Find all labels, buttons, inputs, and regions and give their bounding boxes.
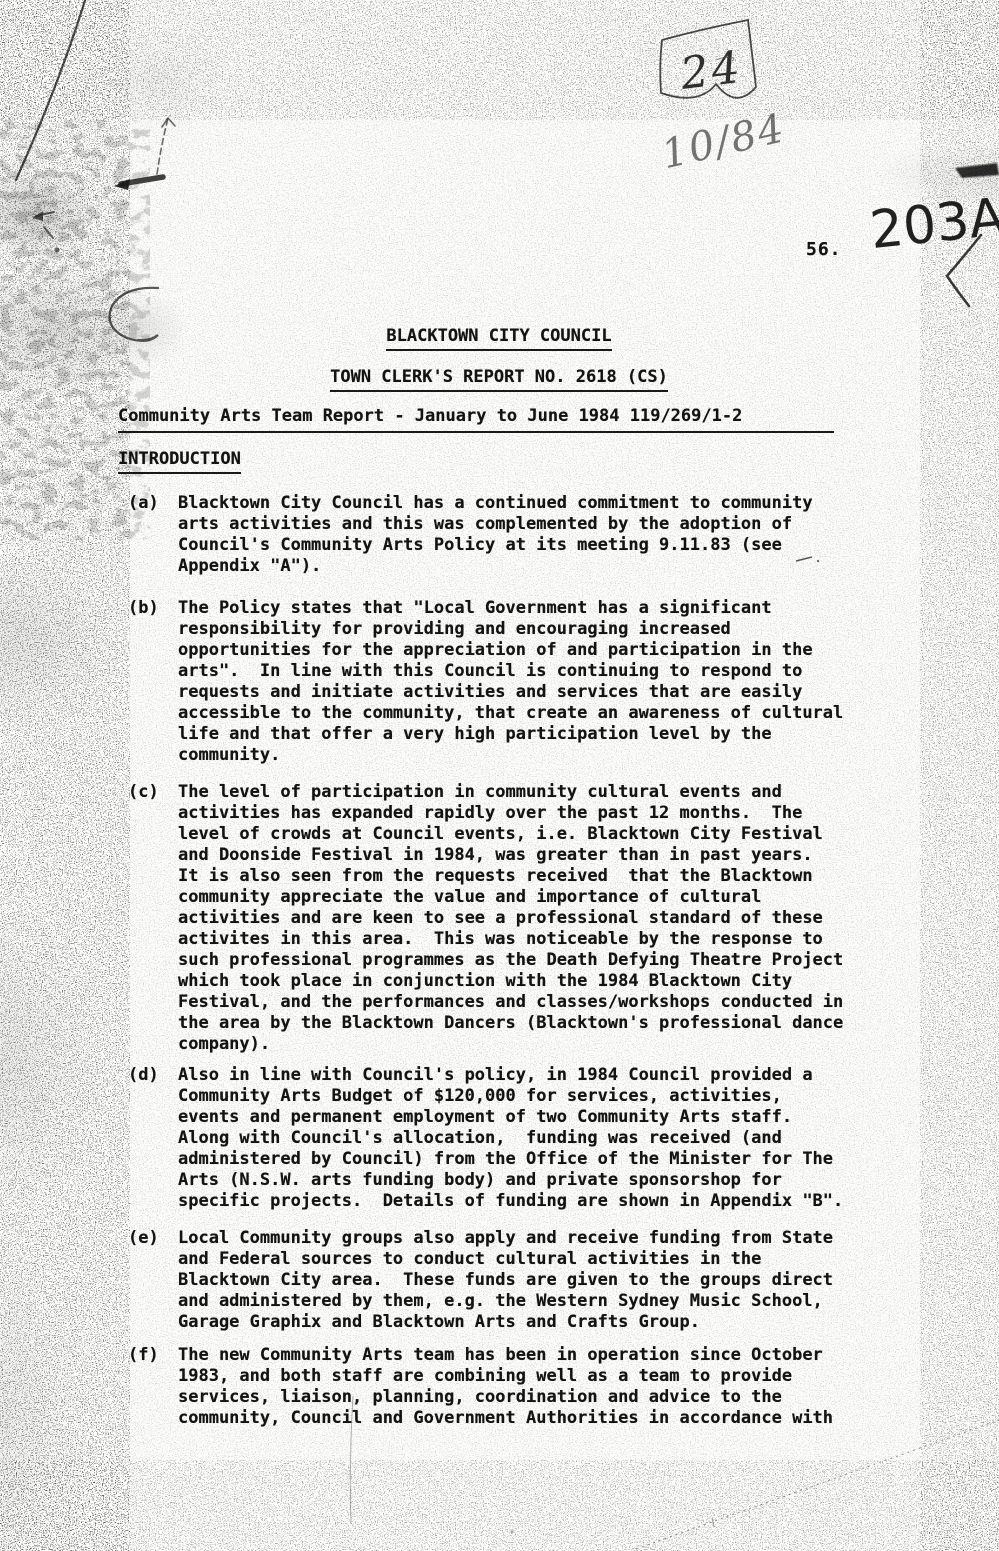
margin-scribble-marks (16, 0, 175, 341)
page-number: 56. (806, 239, 842, 260)
paragraph-text: The Policy states that "Local Government… (178, 598, 878, 766)
arrowhead-blob (114, 179, 130, 190)
report-title: TOWN CLERK'S REPORT NO. 2618 (CS) (330, 367, 668, 392)
paragraph-label: (b) (128, 598, 178, 766)
handwritten-stamp-number: 203A (867, 187, 999, 306)
speck-stroke (712, 1518, 714, 1527)
paragraph-label: (f) (128, 1345, 178, 1429)
paragraph-text: Blacktown City Council has a continued c… (178, 493, 878, 577)
paragraph-b: (b) The Policy states that "Local Govern… (128, 598, 878, 766)
paragraph-label: (c) (128, 782, 178, 1055)
small-arrowhead (32, 211, 43, 221)
noise-right-strip (920, 0, 999, 1551)
scanned-document-page: 24 10/84 203A 56. BLACKTOWN CITY COUNCIL (0, 0, 999, 1551)
paragraph-label: (d) (128, 1065, 178, 1212)
small-stroke-mark (44, 227, 53, 238)
corner-smudge-artifact (955, 163, 999, 178)
speck-dot (511, 1531, 514, 1534)
angle-check-mark (947, 235, 981, 306)
tag-number-text: 24 (677, 42, 746, 100)
council-title-row: BLACKTOWN CITY COUNCIL (128, 326, 870, 351)
handwritten-date-annotation: 10/84 (657, 105, 789, 178)
paragraph-c: (c) The level of participation in commun… (128, 782, 878, 1055)
paragraph-d: (d) Also in line with Council's policy, … (128, 1065, 878, 1212)
introduction-heading: INTRODUCTION (118, 449, 241, 474)
paragraph-label: (e) (128, 1228, 178, 1333)
stamp-number-text: 203A (867, 187, 999, 261)
council-title: BLACKTOWN CITY COUNCIL (386, 326, 611, 351)
noise-left-strip (0, 0, 130, 1551)
handwritten-tag-mark: 24 (660, 20, 756, 100)
noise-bottom-strip (0, 1460, 999, 1551)
paragraph-e: (e) Local Community groups also apply an… (128, 1228, 878, 1333)
report-subject: Community Arts Team Report - January to … (118, 406, 834, 433)
thick-dash-mark (121, 177, 163, 184)
paragraph-a: (a) Blacktown City Council has a continu… (128, 493, 878, 577)
paragraph-text: Local Community groups also apply and re… (178, 1228, 878, 1333)
noise-top-strip (0, 0, 999, 120)
tiny-scribble (716, 57, 734, 61)
paragraph-text: The level of participation in community … (178, 782, 878, 1055)
paragraph-f: (f) The new Community Arts team has been… (128, 1345, 878, 1429)
tag-outline (660, 20, 756, 98)
diagonal-line-artifact (16, 0, 87, 180)
paragraph-label: (a) (128, 493, 178, 577)
arrow-head-mark (162, 118, 175, 127)
bottom-diagonal-line (636, 1420, 999, 1549)
ink-dot (55, 248, 60, 253)
introduction-heading-text: INTRODUCTION (118, 449, 241, 474)
arrow-tail-mark (157, 118, 168, 174)
report-title-row: TOWN CLERK'S REPORT NO. 2618 (CS) (128, 367, 870, 392)
paragraph-text: The new Community Arts team has been in … (178, 1345, 878, 1429)
paragraph-text: Also in line with Council's policy, in 1… (178, 1065, 878, 1212)
small-arrow-mark (36, 212, 54, 216)
